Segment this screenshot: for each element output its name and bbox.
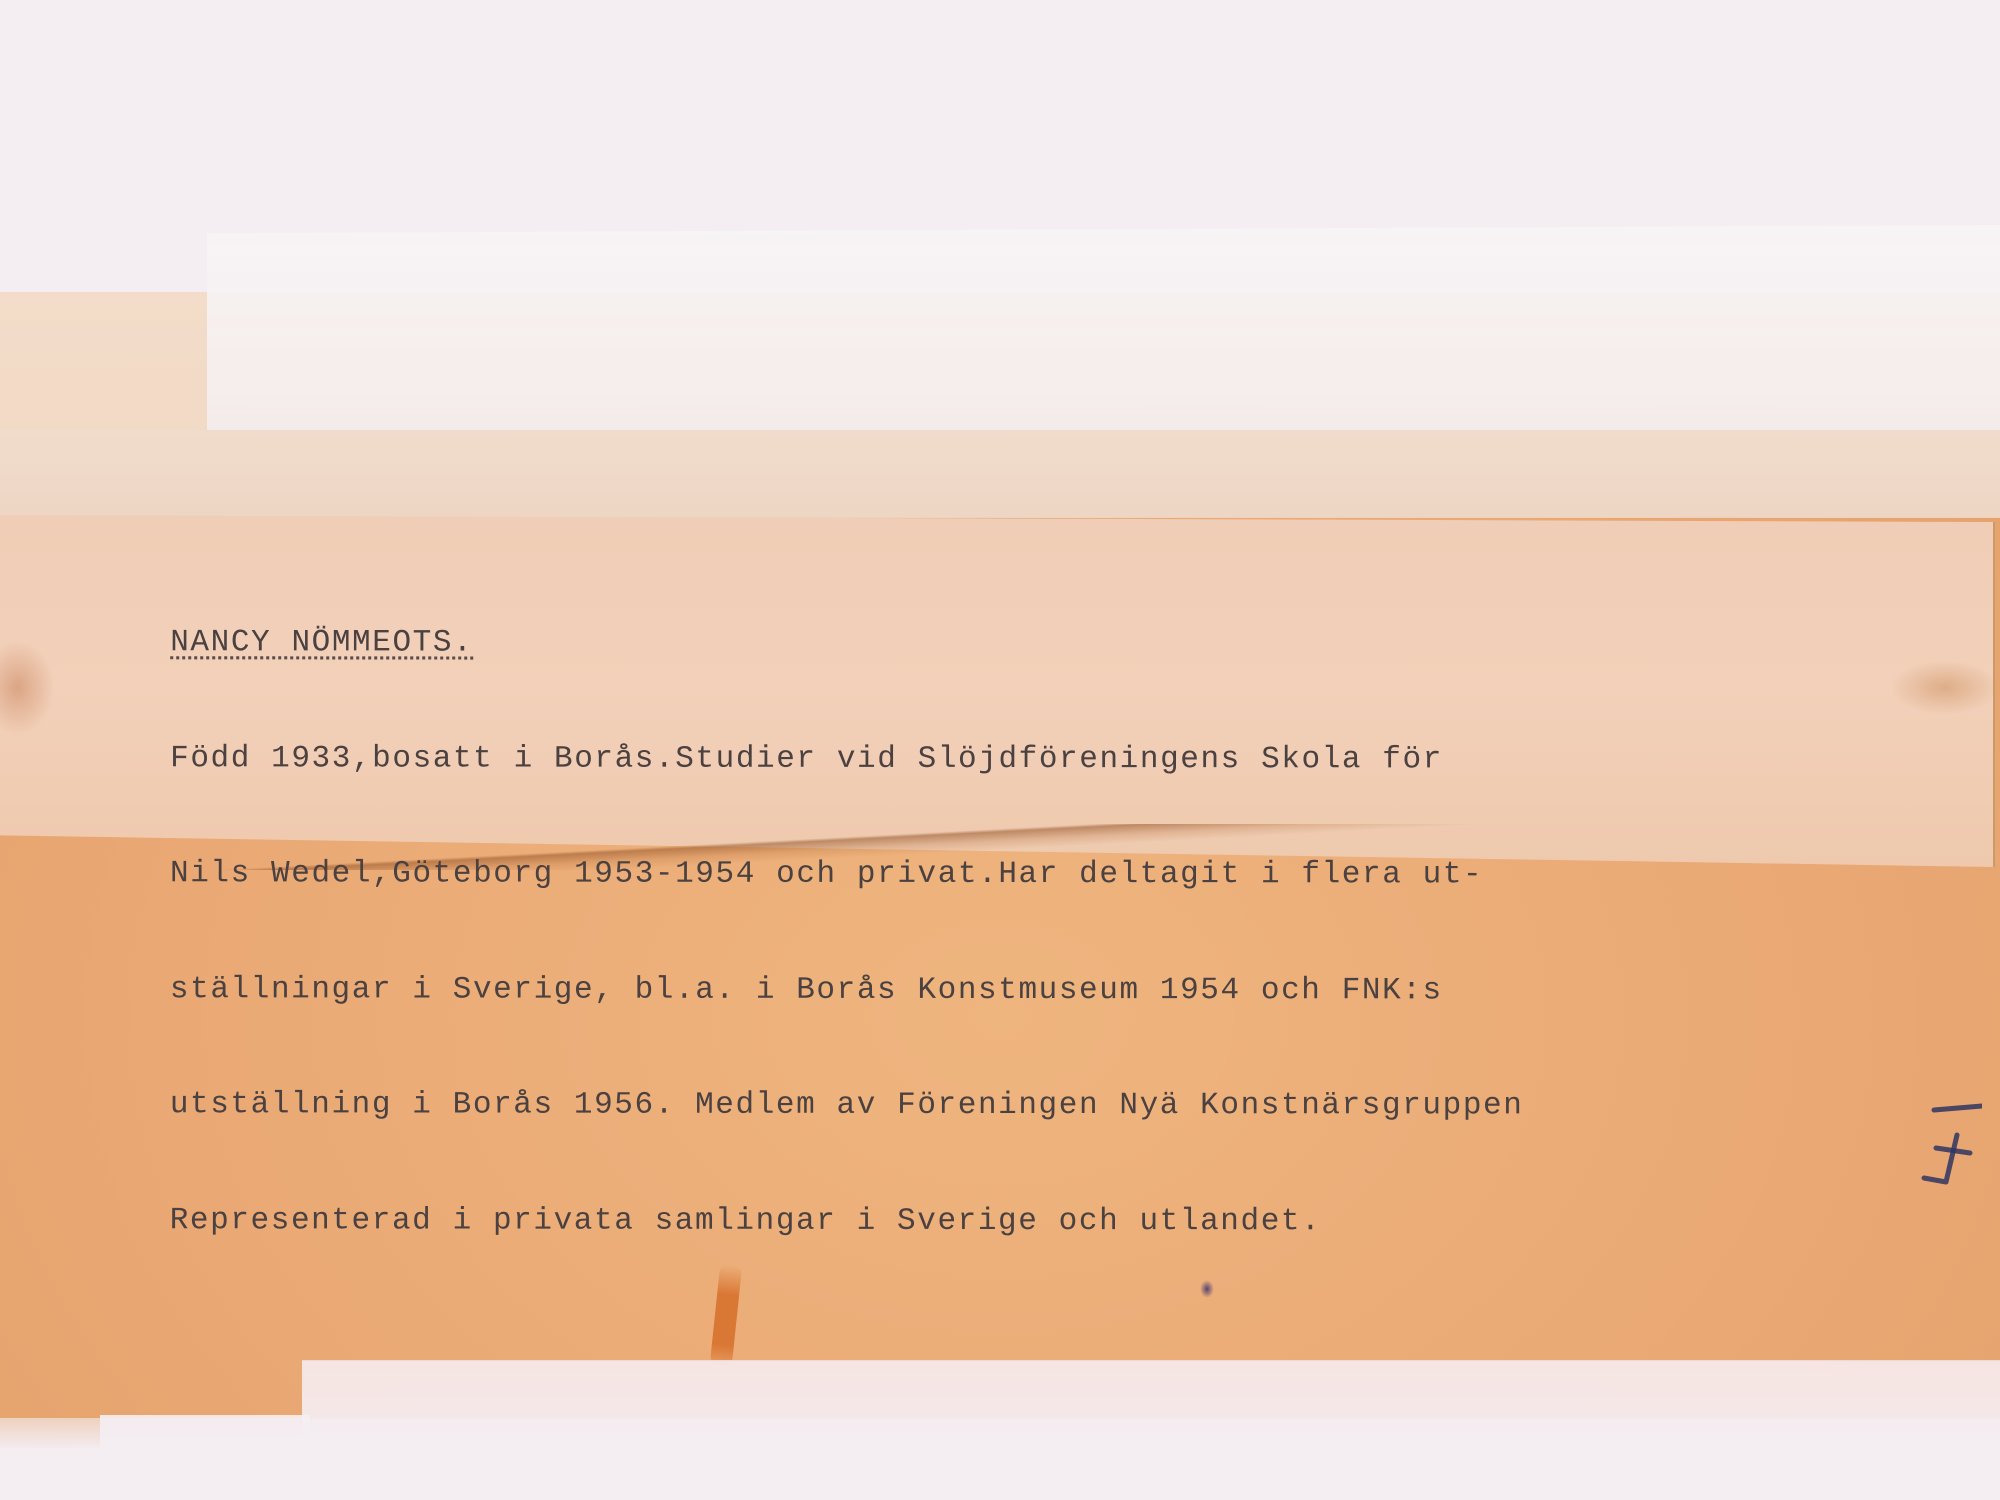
bio-line: Nils Wedel,Göteborg 1953-1954 och privat…	[170, 855, 1870, 895]
bio-line: Född 1933,bosatt i Borås.Studier vid Slö…	[170, 740, 1870, 780]
translucent-tape-band	[0, 430, 2000, 518]
artist-name-heading: NANCY NÖMMEOTS.	[170, 624, 1870, 664]
background-bottom	[0, 1418, 2000, 1500]
ink-spot	[1200, 1280, 1214, 1298]
bio-line: utställning i Borås 1956. Medlem av Före…	[170, 1086, 1870, 1126]
bio-line: Representerad i privata samlingar i Sver…	[170, 1202, 1870, 1242]
top-paper-tape	[207, 225, 2000, 431]
typed-biography: NANCY NÖMMEOTS. Född 1933,bosatt i Borås…	[170, 547, 1871, 1280]
handwritten-number-mark: 7	[1912, 1100, 1982, 1190]
stain-right	[1890, 660, 2000, 715]
bio-line: ställningar i Sverige, bl.a. i Borås Kon…	[170, 971, 1870, 1011]
